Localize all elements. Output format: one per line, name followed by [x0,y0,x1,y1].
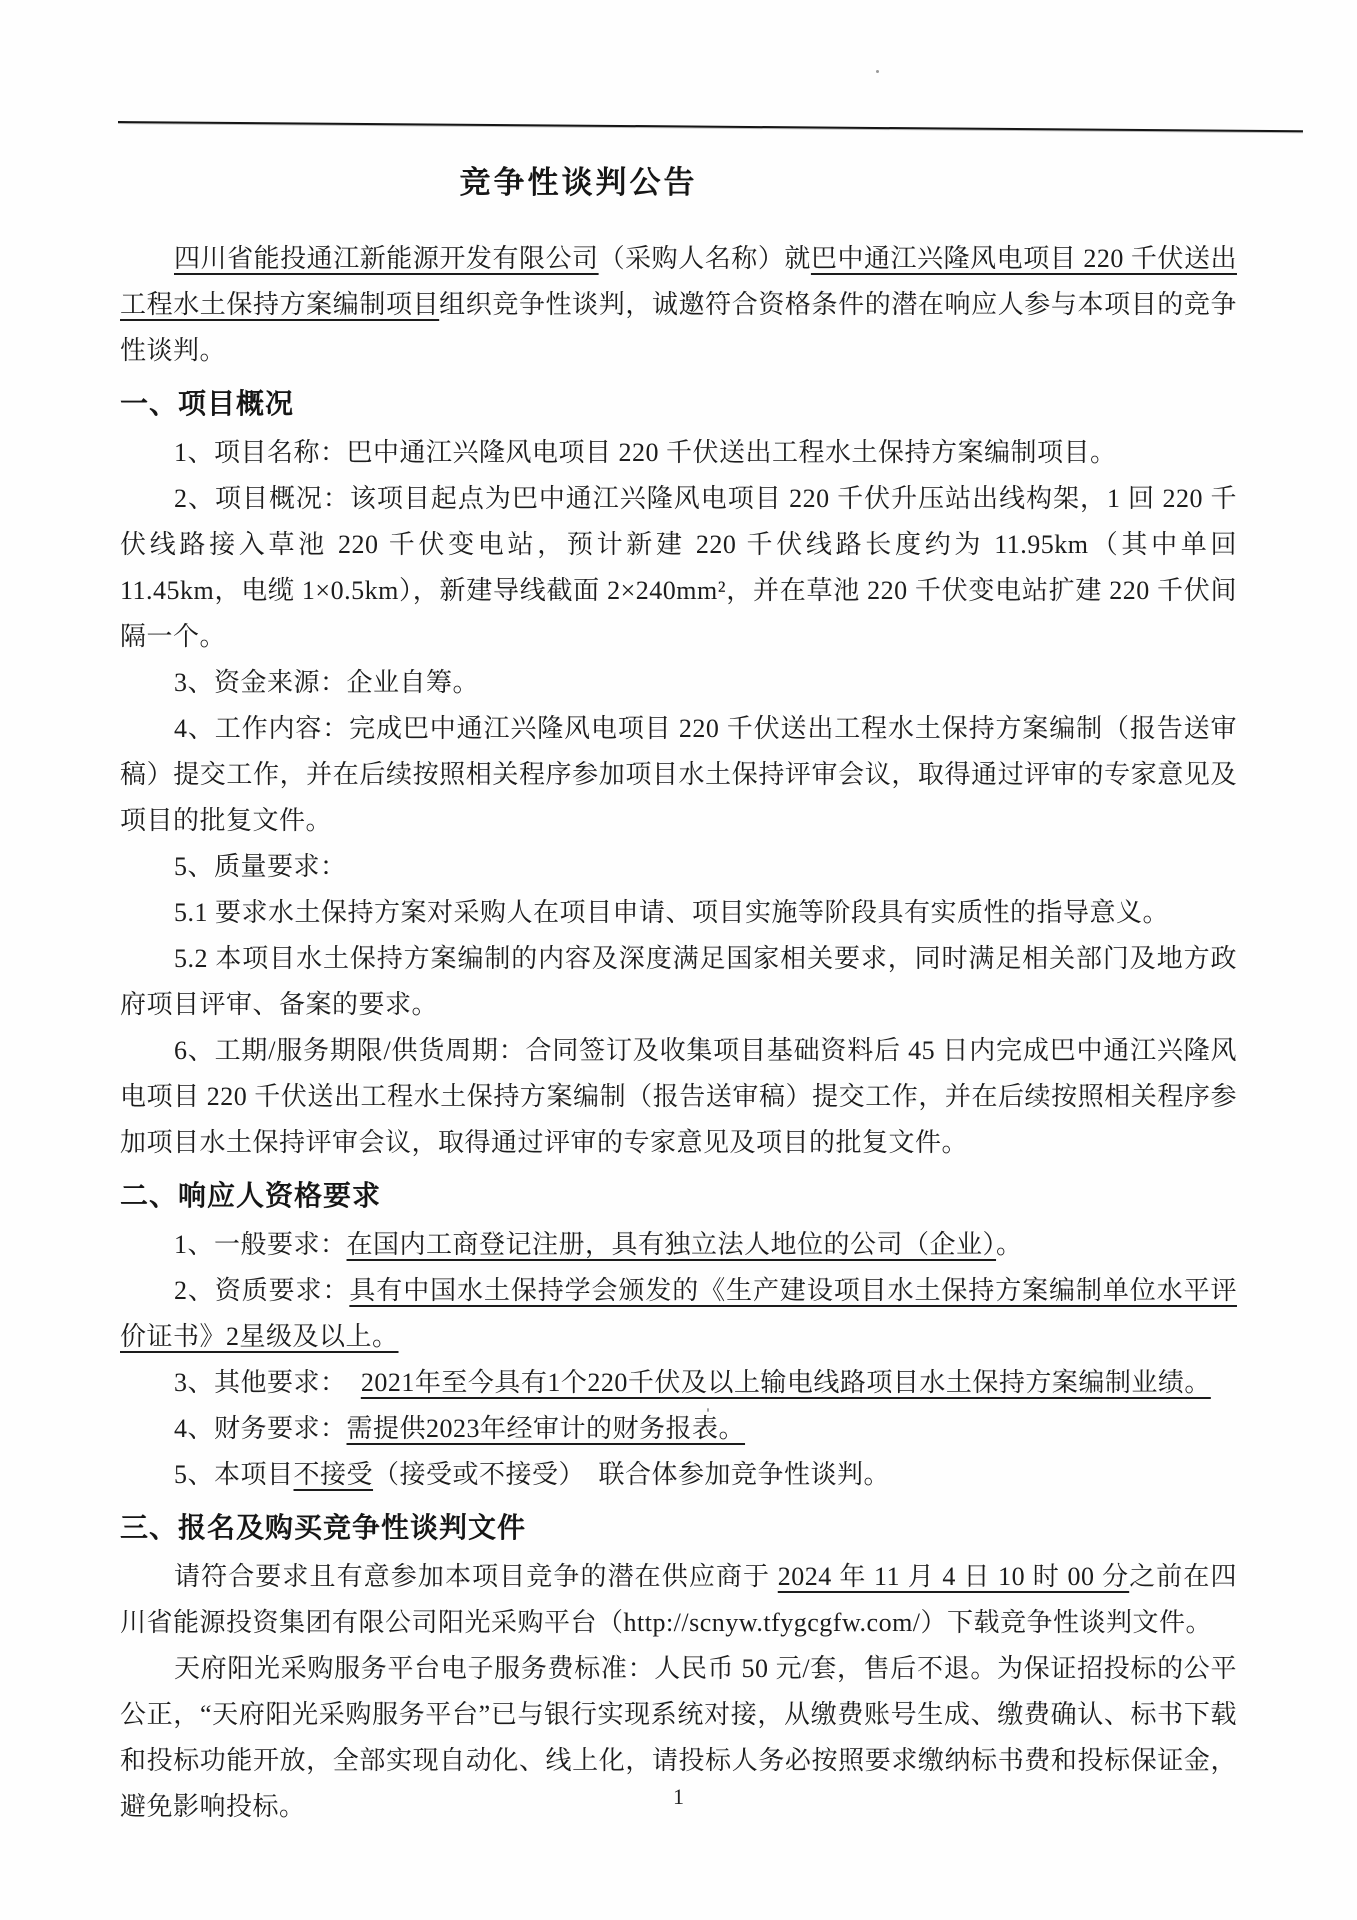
section2-item-other-requirement: 3、其他要求：2021年至今具有1个220千伏及以上输电线路项目水土保持方案编制… [120,1360,1237,1406]
registration-text: 请符合要求且有意参加本项目竞争的潜在供应商于 [174,1562,778,1591]
section2-heading: 二、响应人资格要求 [120,1172,1237,1220]
intro-paragraph: 四川省能投通江新能源开发有限公司（采购人名称）就巴中通江兴隆风电项目 220 千… [120,236,1237,374]
page-number: 1 [0,1782,1357,1812]
general-requirement-value: 在国内工商登记注册，具有独立法人地位的公司（企业） [347,1230,997,1259]
scanned-document-page: 竞争性谈判公告 四川省能投通江新能源开发有限公司（采购人名称）就巴中通江兴隆风电… [0,0,1357,1920]
section1-item-project-name: 1、项目名称：巴中通江兴隆风电项目 220 千伏送出工程水土保持方案编制项目。 [120,430,1237,476]
section1-item-project-overview: 2、项目概况：该项目起点为巴中通江兴隆风电项目 220 千伏升压站出线构架，1 … [120,476,1237,660]
registration-deadline: 2024 年 11 月 4 日 10 时 00 分 [778,1562,1129,1591]
section1-item-work-content: 4、工作内容：完成巴中通江兴隆风电项目 220 千伏送出工程水土保持方案编制（报… [120,706,1237,844]
item-text-2: （接受或不接受） 联合体参加竞争性谈判。 [373,1460,890,1489]
section1-heading: 一、项目概况 [120,380,1237,428]
section2-item-consortium: 5、本项目不接受（接受或不接受） 联合体参加竞争性谈判。 [120,1452,1237,1498]
item-label: 4、财务要求： [174,1414,347,1443]
item-label: 2、资质要求： [174,1276,349,1305]
other-requirement-value: 2021年至今具有1个220千伏及以上输电线路项目水土保持方案编制业绩。 [361,1368,1211,1397]
document-body: 竞争性谈判公告 四川省能投通江新能源开发有限公司（采购人名称）就巴中通江兴隆风电… [120,148,1237,1830]
section1-item-quality-5-1: 5.1 要求水土保持方案对采购人在项目申请、项目实施等阶段具有实质性的指导意义。 [120,890,1237,936]
period: 。 [996,1230,1023,1259]
item-label: 1、一般要求： [174,1230,347,1259]
header-rule [118,121,1303,132]
section3-registration-paragraph: 请符合要求且有意参加本项目竞争的潜在供应商于 2024 年 11 月 4 日 1… [120,1554,1237,1646]
financial-requirement-value: 需提供2023年经审计的财务报表。 [347,1414,746,1443]
section2-item-general-requirement: 1、一般要求：在国内工商登记注册，具有独立法人地位的公司（企业）。 [120,1222,1237,1268]
item-label: 3、其他要求： [174,1368,347,1397]
section1-item-quality-5-2: 5.2 本项目水土保持方案编制的内容及深度满足国家相关要求，同时满足相关部门及地… [120,936,1237,1028]
section3-heading: 三、报名及购买竞争性谈判文件 [120,1504,1237,1552]
section2-item-qualification-requirement: 2、资质要求：具有中国水土保持学会颁发的《生产建设项目水土保持方案编制单位水平评… [120,1268,1237,1360]
item-text: 5、本项目 [174,1460,294,1489]
section1-item-schedule: 6、工期/服务期限/供货周期：合同签订及收集项目基础资料后 45 日内完成巴中通… [120,1028,1237,1166]
section1-item-funding-source: 3、资金来源：企业自筹。 [120,660,1237,706]
scan-artifact [876,70,879,73]
intro-text: （采购人名称）就 [599,244,811,273]
section1-item-quality-requirements: 5、质量要求： [120,844,1237,890]
consortium-not-accepted: 不接受 [294,1460,374,1489]
section2-item-financial-requirement: 4、财务要求：需提供2023年经审计的财务报表。 [120,1406,1237,1452]
purchaser-name: 四川省能投通江新能源开发有限公司 [174,244,599,273]
document-title: 竞争性谈判公告 [20,162,1137,204]
